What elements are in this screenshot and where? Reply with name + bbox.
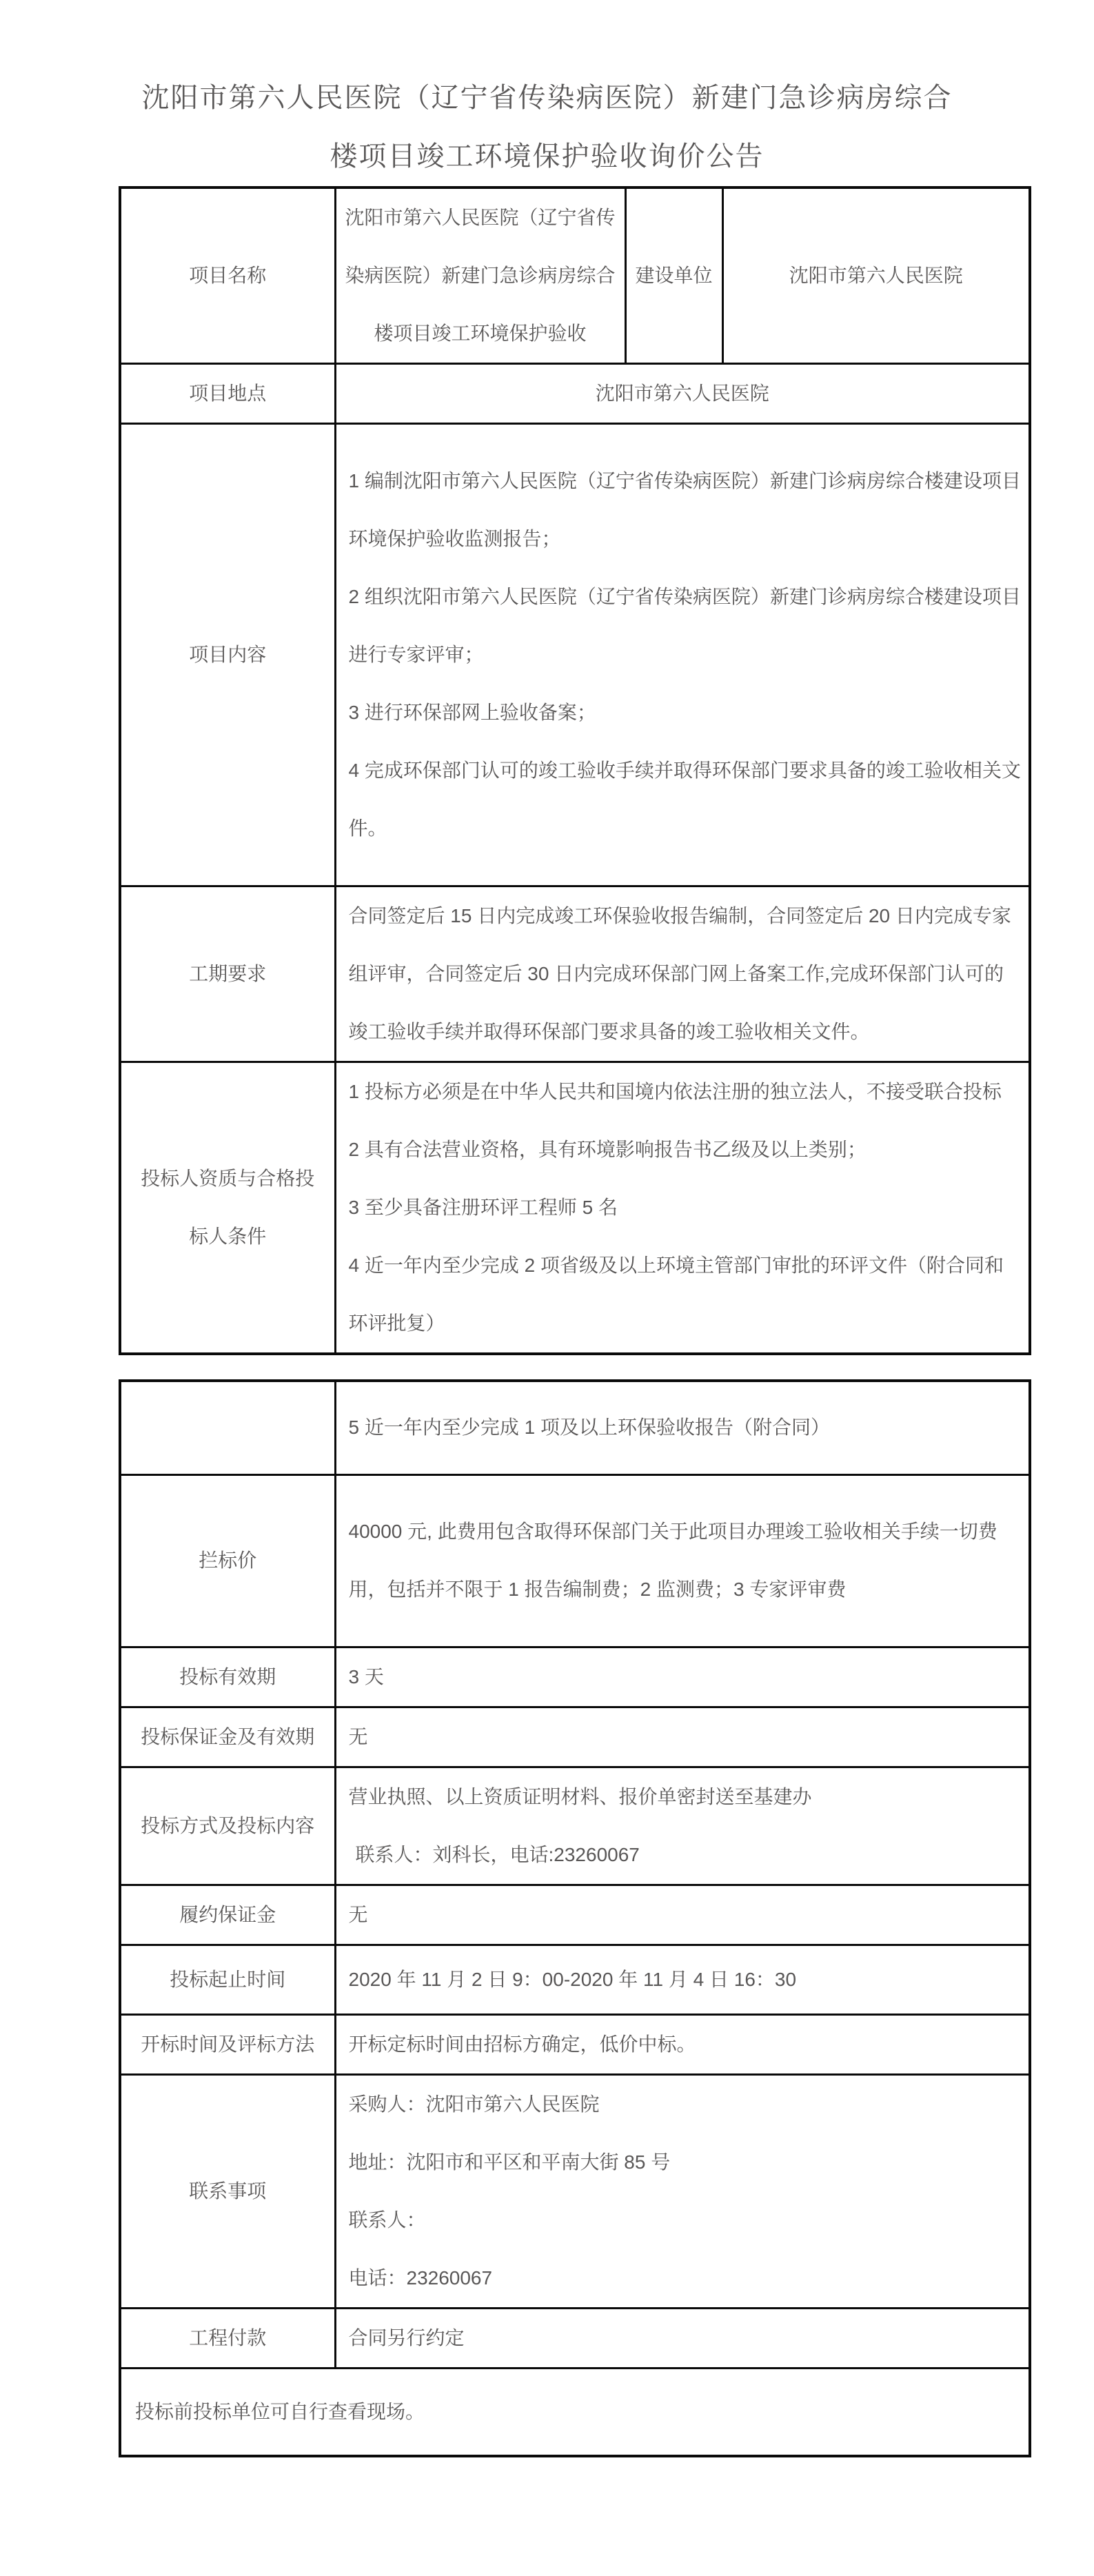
- contact-phone: 电话：23260067: [349, 2249, 1022, 2307]
- payment-label: 工程付款: [120, 2308, 335, 2368]
- bid-bond-value: 无: [335, 1707, 1030, 1767]
- bid-method-contact-line: 联系人：刘科长，电话:23260067: [349, 1826, 1022, 1884]
- row-opening-method: 开标时间及评标方法 开标定标时间由招标方确定，低价中标。: [120, 2014, 1030, 2074]
- project-content-item: 2 组织沈阳市第六人民医院（辽宁省传染病医院）新建门诊病房综合楼建设项目进行专家…: [349, 568, 1022, 684]
- qualification-item5-label: [120, 1381, 335, 1474]
- row-footer-note: 投标前投标单位可自行查看现场。: [120, 2368, 1030, 2456]
- contact-buyer: 采购人：沈阳市第六人民医院: [349, 2076, 1022, 2133]
- price-cap-value: 40000 元, 此费用包含取得环保部门关于此项目办理竣工验收相关手续一切费用，…: [335, 1474, 1030, 1647]
- bid-bond-label: 投标保证金及有效期: [120, 1707, 335, 1767]
- row-bid-validity: 投标有效期 3 天: [120, 1647, 1030, 1707]
- qualification-item5-value: 5 近一年内至少完成 1 项及以上环保验收报告（附合同）: [335, 1381, 1030, 1474]
- row-project-content: 项目内容 1 编制沈阳市第六人民医院（辽宁省传染病医院）新建门诊病房综合楼建设项…: [120, 424, 1030, 886]
- page-title-line2: 楼项目竣工环境保护验收询价公告: [0, 128, 1094, 186]
- footer-note: 投标前投标单位可自行查看现场。: [120, 2368, 1030, 2456]
- contact-value: 采购人：沈阳市第六人民医院 地址：沈阳市和平区和平南大街 85 号 联系人： 电…: [335, 2074, 1030, 2308]
- performance-bond-value: 无: [335, 1885, 1030, 1945]
- row-project-location: 项目地点 沈阳市第六人民医院: [120, 364, 1030, 424]
- project-location-value: 沈阳市第六人民医院: [335, 364, 1030, 424]
- row-contact: 联系事项 采购人：沈阳市第六人民医院 地址：沈阳市和平区和平南大街 85 号 联…: [120, 2074, 1030, 2308]
- opening-method-value: 开标定标时间由招标方确定，低价中标。: [335, 2014, 1030, 2074]
- project-location-label: 项目地点: [120, 364, 335, 424]
- project-name-label: 项目名称: [120, 187, 335, 364]
- bid-validity-label: 投标有效期: [120, 1647, 335, 1707]
- contact-address: 地址：沈阳市和平区和平南大街 85 号: [349, 2133, 1022, 2191]
- qualification-label: 投标人资质与合格投标人条件: [120, 1062, 335, 1355]
- row-qualification-item5: 5 近一年内至少完成 1 项及以上环保验收报告（附合同）: [120, 1381, 1030, 1474]
- qualification-item: 4 近一年内至少完成 2 项省级及以上环境主管部门审批的环评文件（附合同和环评批…: [349, 1237, 1022, 1352]
- project-content-label: 项目内容: [120, 424, 335, 886]
- page-title-line1: 沈阳市第六人民医院（辽宁省传染病医院）新建门急诊病房综合: [0, 69, 1094, 128]
- bid-method-label: 投标方式及投标内容: [120, 1767, 335, 1885]
- row-payment: 工程付款 合同另行约定: [120, 2308, 1030, 2368]
- schedule-label: 工期要求: [120, 886, 335, 1062]
- bid-period-label: 投标起止时间: [120, 1945, 335, 2014]
- project-content-value: 1 编制沈阳市第六人民医院（辽宁省传染病医院）新建门诊病房综合楼建设项目环境保护…: [335, 424, 1030, 886]
- row-bid-period: 投标起止时间 2020 年 11 月 2 日 9：00-2020 年 11 月 …: [120, 1945, 1030, 2014]
- construction-unit-value: 沈阳市第六人民医院: [722, 187, 1030, 364]
- opening-method-label: 开标时间及评标方法: [120, 2014, 335, 2074]
- bidding-info-table: 5 近一年内至少完成 1 项及以上环保验收报告（附合同） 拦标价 40000 元…: [119, 1379, 1031, 2457]
- project-content-item: 3 进行环保部网上验收备案；: [349, 684, 1022, 742]
- row-project-name: 项目名称 沈阳市第六人民医院（辽宁省传染病医院）新建门急诊病房综合楼项目竣工环境…: [120, 187, 1030, 364]
- construction-unit-label: 建设单位: [625, 187, 722, 364]
- payment-value: 合同另行约定: [335, 2308, 1030, 2368]
- qualification-item: 3 至少具备注册环评工程师 5 名: [349, 1179, 1022, 1237]
- bid-method-line: 营业执照、以上资质证明材料、报价单密封送至基建办: [349, 1768, 1022, 1826]
- bid-method-value: 营业执照、以上资质证明材料、报价单密封送至基建办 联系人：刘科长，电话:2326…: [335, 1767, 1030, 1885]
- row-bid-method: 投标方式及投标内容 营业执照、以上资质证明材料、报价单密封送至基建办 联系人：刘…: [120, 1767, 1030, 1885]
- project-content-item: 1 编制沈阳市第六人民医院（辽宁省传染病医院）新建门诊病房综合楼建设项目环境保护…: [349, 452, 1022, 568]
- performance-bond-label: 履约保证金: [120, 1885, 335, 1945]
- contact-person: 联系人：: [349, 2191, 1022, 2249]
- row-bid-bond: 投标保证金及有效期 无: [120, 1707, 1030, 1767]
- row-performance-bond: 履约保证金 无: [120, 1885, 1030, 1945]
- qualification-item: 1 投标方必须是在中华人民共和国境内依法注册的独立法人，不接受联合投标: [349, 1063, 1022, 1121]
- price-cap-label: 拦标价: [120, 1474, 335, 1647]
- project-name-value: 沈阳市第六人民医院（辽宁省传染病医院）新建门急诊病房综合楼项目竣工环境保护验收: [335, 187, 625, 364]
- qualification-value: 1 投标方必须是在中华人民共和国境内依法注册的独立法人，不接受联合投标 2 具有…: [335, 1062, 1030, 1355]
- contact-label: 联系事项: [120, 2074, 335, 2308]
- page-title: 沈阳市第六人民医院（辽宁省传染病医院）新建门急诊病房综合 楼项目竣工环境保护验收…: [0, 69, 1094, 186]
- schedule-value: 合同签定后 15 日内完成竣工环保验收报告编制，合同签定后 20 日内完成专家组…: [335, 886, 1030, 1062]
- row-qualification: 投标人资质与合格投标人条件 1 投标方必须是在中华人民共和国境内依法注册的独立法…: [120, 1062, 1030, 1355]
- bid-period-value: 2020 年 11 月 2 日 9：00-2020 年 11 月 4 日 16：…: [335, 1945, 1030, 2014]
- qualification-item: 2 具有合法营业资格，具有环境影响报告书乙级及以上类别；: [349, 1121, 1022, 1179]
- row-schedule: 工期要求 合同签定后 15 日内完成竣工环保验收报告编制，合同签定后 20 日内…: [120, 886, 1030, 1062]
- bid-validity-value: 3 天: [335, 1647, 1030, 1707]
- row-price-cap: 拦标价 40000 元, 此费用包含取得环保部门关于此项目办理竣工验收相关手续一…: [120, 1474, 1030, 1647]
- project-info-table: 项目名称 沈阳市第六人民医院（辽宁省传染病医院）新建门急诊病房综合楼项目竣工环境…: [119, 186, 1031, 1355]
- project-content-item: 4 完成环保部门认可的竣工验收手续并取得环保部门要求具备的竣工验收相关文件。: [349, 742, 1022, 858]
